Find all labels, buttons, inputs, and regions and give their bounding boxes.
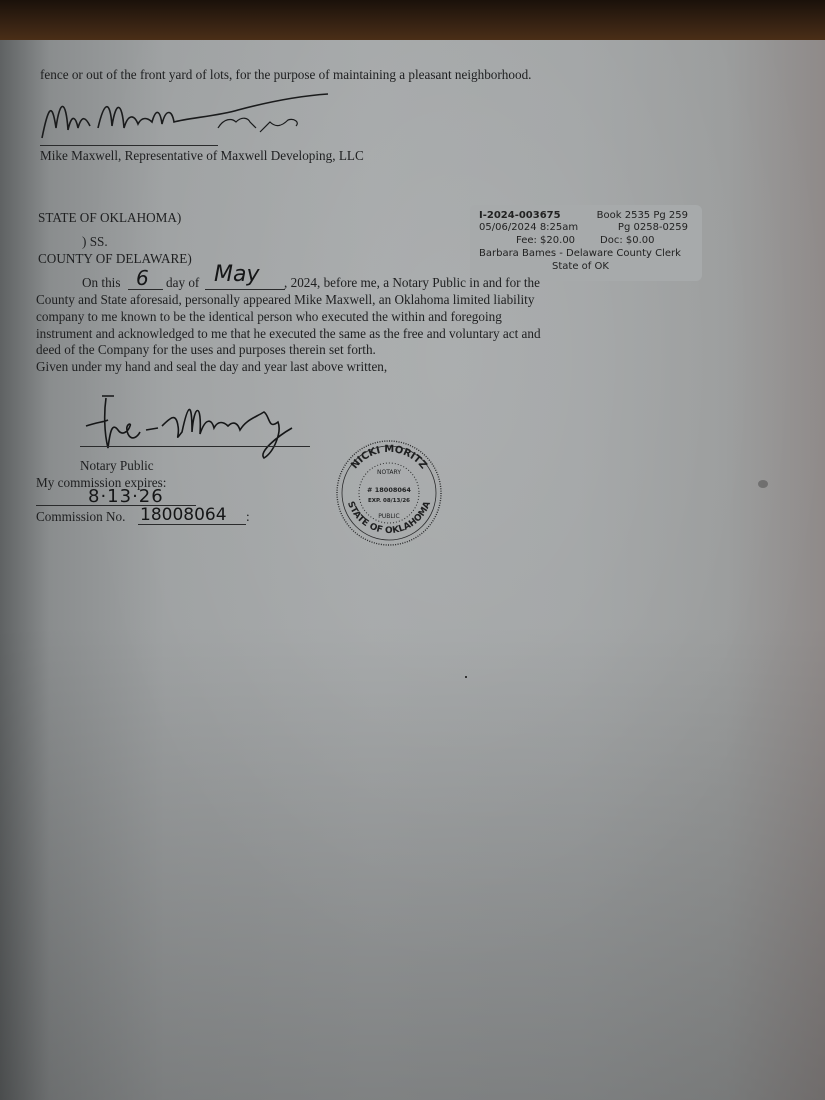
clerk-state: State of OK — [552, 260, 609, 273]
recording-stamp: I-2024-003675 Book 2535 Pg 259 05/06/202… — [470, 205, 702, 281]
signer-signature-icon — [38, 88, 338, 148]
ack-line: County and State aforesaid, personally a… — [36, 293, 534, 306]
svg-text:NOTARY: NOTARY — [377, 469, 401, 476]
svg-text:EXP. 08/13/26: EXP. 08/13/26 — [368, 498, 410, 504]
notary-seal-icon: NICKI MORITZ STATE OF OKLAHOMA NOTARY # … — [330, 438, 448, 548]
signer-signature-line — [40, 145, 218, 146]
ack-line: instrument and acknowledged to me that h… — [36, 327, 541, 340]
notary-title: Notary Public — [80, 459, 154, 472]
ack-line: Given under my hand and seal the day and… — [36, 360, 387, 373]
svg-text:# 18008064: # 18008064 — [367, 486, 411, 494]
venue-county: COUNTY OF DELAWARE) — [38, 252, 192, 265]
svg-text:NICKI MORITZ: NICKI MORITZ — [349, 444, 429, 471]
paper-speck — [465, 676, 467, 678]
notary-signature-icon — [78, 392, 318, 462]
ack-day-of: day of — [166, 276, 199, 289]
recording-datetime: 05/06/2024 8:25am — [479, 221, 578, 234]
commission-number-value: 18008064 — [140, 505, 227, 525]
county-clerk: Barbara Bames - Delaware County Clerk — [479, 247, 681, 260]
ack-year-rest: , 2024, before me, a Notary Public in an… — [284, 276, 540, 289]
ack-line: company to me known to be the identical … — [36, 310, 502, 323]
day-handwritten: 6 — [136, 266, 149, 290]
venue-state: STATE OF OKLAHOMA) — [38, 211, 181, 224]
svg-text:PUBLIC: PUBLIC — [378, 513, 399, 520]
doc-fee: Doc: $0.00 — [600, 234, 655, 247]
signer-caption: Mike Maxwell, Representative of Maxwell … — [40, 149, 364, 162]
document-page: fence or out of the front yard of lots, … — [0, 40, 825, 1100]
paper-mark — [758, 480, 768, 488]
top-text-line: fence or out of the front yard of lots, … — [40, 68, 531, 81]
notary-seal: NICKI MORITZ STATE OF OKLAHOMA NOTARY # … — [330, 438, 448, 548]
month-blank — [205, 289, 285, 290]
notary-signature-line — [80, 446, 310, 447]
venue-ss: ) SS. — [82, 235, 108, 248]
ack-lead: On this — [82, 276, 120, 289]
commission-suffix: : — [246, 510, 250, 523]
commission-expires-value: 8·13·26 — [88, 486, 164, 507]
month-handwritten: May — [214, 262, 259, 287]
commission-number-line — [138, 524, 246, 525]
commission-number-label: Commission No. — [36, 510, 125, 523]
recording-fee: Fee: $20.00 — [516, 234, 575, 247]
ack-line: deed of the Company for the uses and pur… — [36, 343, 376, 356]
page-range: Pg 0258-0259 — [618, 221, 688, 234]
